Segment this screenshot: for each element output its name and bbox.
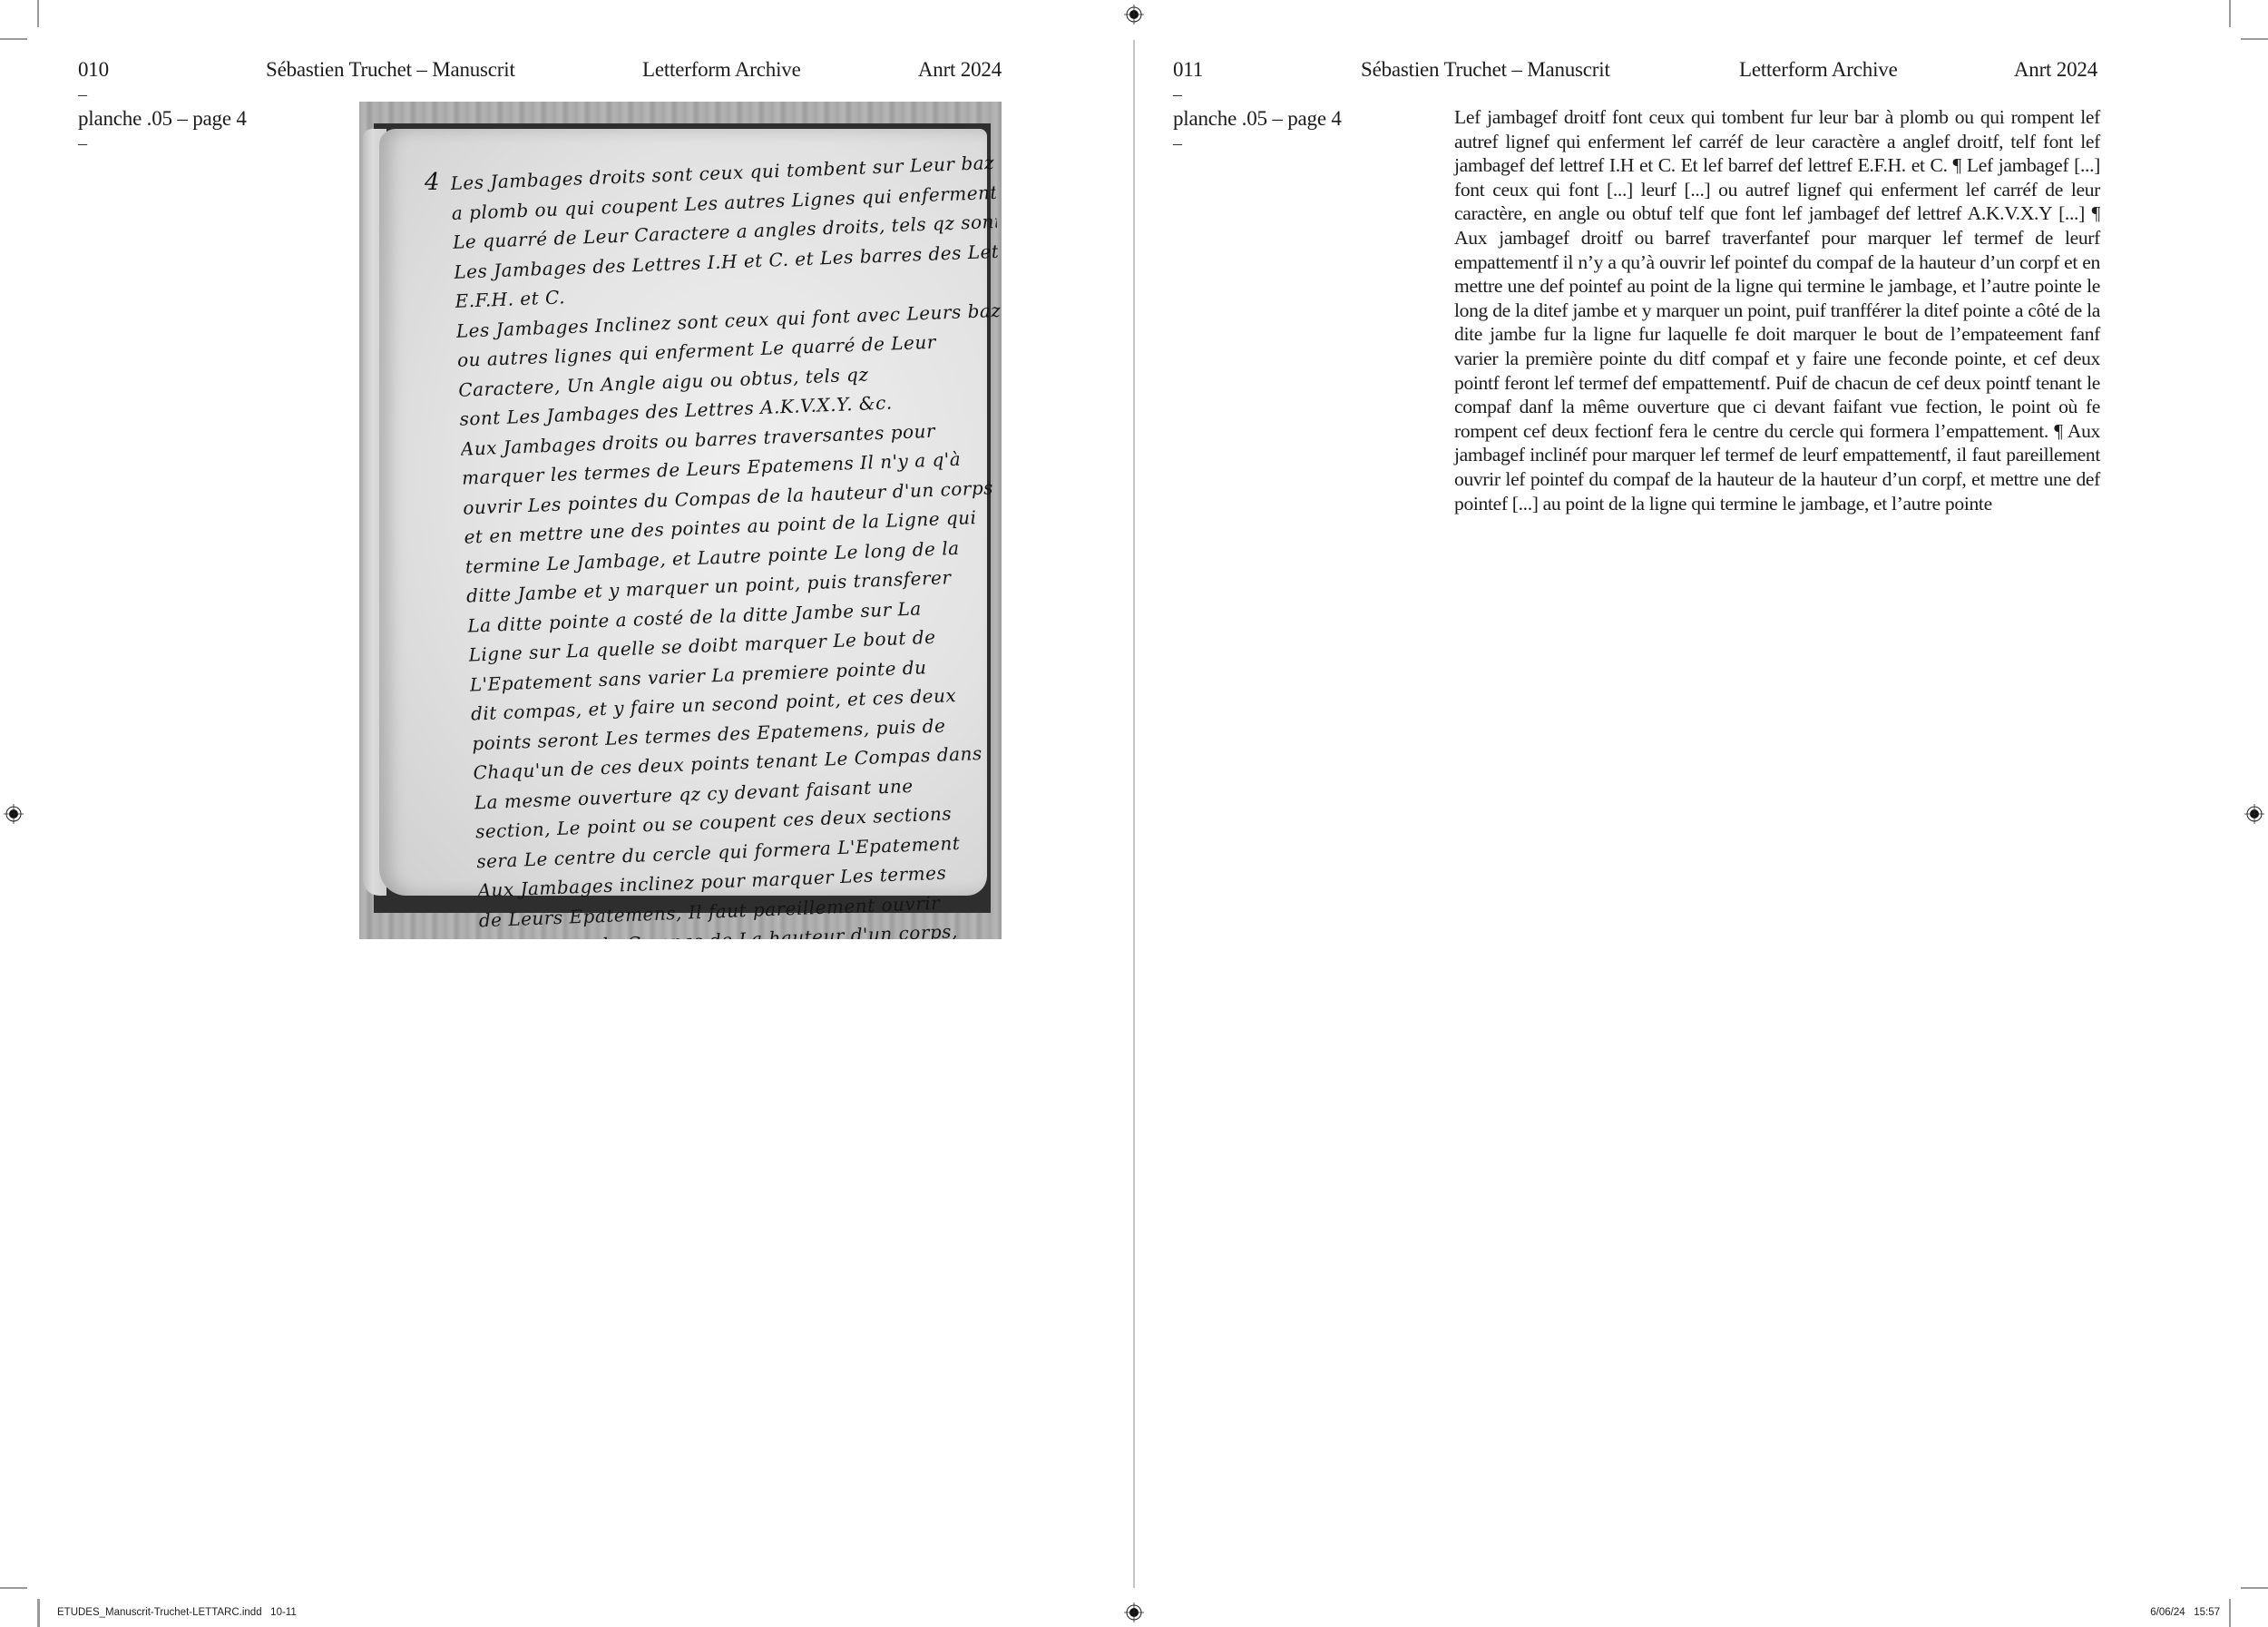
crop-mark-bottom-left-h: [0, 1587, 27, 1589]
right-dash-bottom: –: [1173, 134, 1182, 152]
left-collection: Letterform Archive: [642, 56, 801, 83]
crop-mark-top-right-h: [2241, 38, 2268, 40]
right-plate-label: planche .05 – page 4: [1173, 105, 1342, 132]
registration-mark-bottom-icon: [1124, 1602, 1144, 1622]
crop-mark-bottom-right-h: [2241, 1587, 2268, 1589]
right-edition: Anrt 2024: [2014, 56, 2097, 83]
right-running-title: Sébastien Truchet – Manuscrit: [1361, 56, 1610, 83]
registration-mark-top-icon: [1124, 5, 1144, 25]
left-plate-label: planche .05 – page 4: [78, 105, 247, 132]
transcription-text: Lef jambagef droitf font ceux qui tomben…: [1454, 105, 2100, 515]
left-folio: 010: [78, 56, 109, 83]
registration-mark-left-icon: [4, 804, 24, 824]
right-dash-top: –: [1173, 85, 1182, 103]
registration-mark-right-icon: [2244, 804, 2264, 824]
manuscript-paper: 4 Les Jambages droits sont ceux qui tomb…: [379, 129, 987, 896]
manuscript-handwriting: Les Jambages droits sont ceux qui tomben…: [450, 148, 1002, 939]
left-running-title: Sébastien Truchet – Manuscrit: [266, 56, 515, 83]
left-dash-top: –: [78, 85, 87, 103]
left-edition: Anrt 2024: [918, 56, 1002, 83]
manuscript-page-number: 4: [425, 169, 440, 196]
crop-mark-top-right-v: [2229, 0, 2231, 27]
crop-mark-bottom-right-v: [2229, 1599, 2231, 1627]
slug-filename: ETUDES_Manuscrit-Truchet-LETTARC.indd 10…: [57, 1607, 297, 1618]
right-collection: Letterform Archive: [1739, 56, 1898, 83]
left-dash-bottom: –: [78, 134, 87, 152]
crop-mark-top-left-h: [0, 38, 27, 40]
manuscript-photo: 4 Les Jambages droits sont ceux qui tomb…: [359, 102, 1002, 939]
slug-divider-left: [39, 1599, 40, 1627]
slug-date-time: 6/06/24 15:57: [2150, 1607, 2220, 1618]
right-folio: 011: [1173, 56, 1203, 83]
spread-gutter-line: [1133, 40, 1135, 1588]
crop-mark-top-left-v: [37, 0, 39, 27]
